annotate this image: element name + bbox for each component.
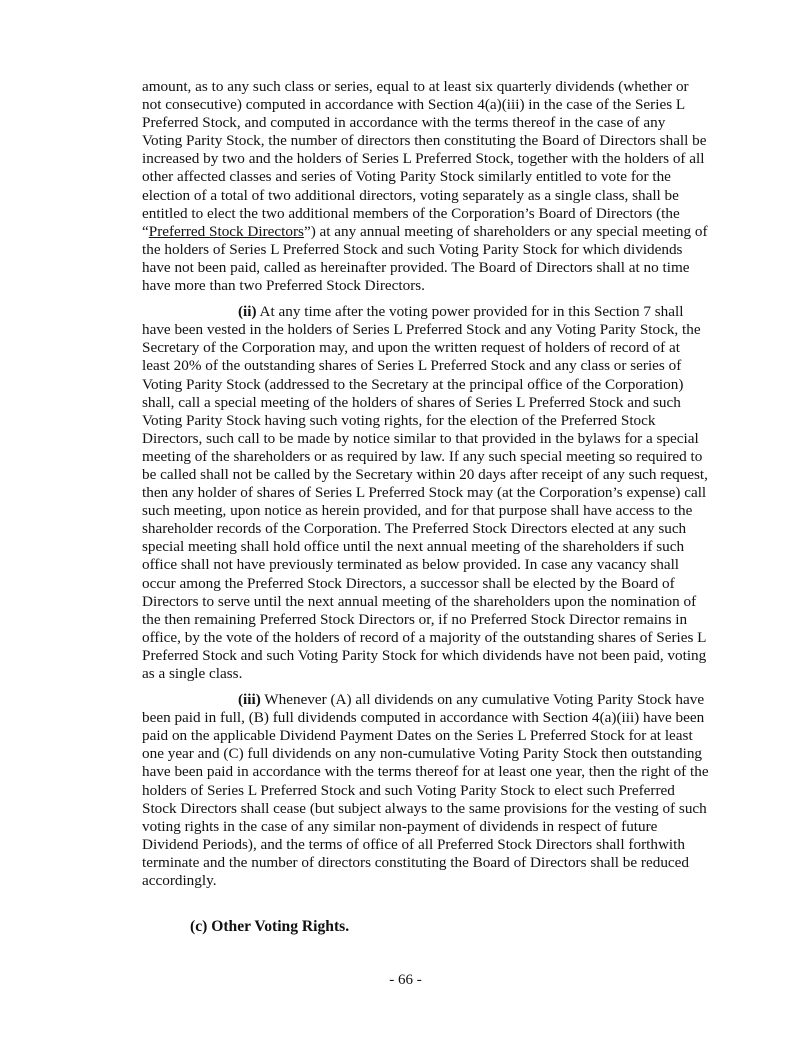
text-line: voting rights in the case of any similar… xyxy=(142,818,682,836)
text-fragment: Whenever (A) all dividends on any cumula… xyxy=(261,691,704,708)
clause-label: (iii) xyxy=(238,691,261,708)
text-line: special meeting shall hold office until … xyxy=(142,538,682,556)
text-fragment: ”) at any annual meeting of shareholders… xyxy=(304,223,708,240)
defined-term: Preferred Stock Directors xyxy=(149,223,304,240)
text-line: shall, call a special meeting of the hol… xyxy=(142,394,682,412)
text-line: meeting of the shareholders or as requir… xyxy=(142,448,682,466)
text-line: the then remaining Preferred Stock Direc… xyxy=(142,611,682,629)
text-line: Voting Parity Stock, the number of direc… xyxy=(142,132,682,150)
text-line: election of a total of two additional di… xyxy=(142,187,682,205)
text-line: as a single class. xyxy=(142,665,682,683)
text-line: one year and (C) full dividends on any n… xyxy=(142,745,682,763)
text-line: Voting Parity Stock having such voting r… xyxy=(142,412,682,430)
text-line: shareholder records of the Corporation. … xyxy=(142,520,682,538)
text-line: office shall not have previously termina… xyxy=(142,556,682,574)
text-line: occur among the Preferred Stock Director… xyxy=(142,575,682,593)
text-line: Directors to serve until the next annual… xyxy=(142,593,682,611)
text-line: holders of Series L Preferred Stock and … xyxy=(142,782,682,800)
text-line: have more than two Preferred Stock Direc… xyxy=(142,277,682,295)
text-line: Dividend Periods), and the terms of offi… xyxy=(142,836,682,854)
paragraph-spacer xyxy=(142,295,682,303)
text-line: other affected classes and series of Vot… xyxy=(142,168,682,186)
text-line: increased by two and the holders of Seri… xyxy=(142,150,682,168)
section-heading: (c) Other Voting Rights. xyxy=(190,918,349,936)
paragraph-ii: (ii) At any time after the voting power … xyxy=(142,303,682,683)
text-line-first: (ii) At any time after the voting power … xyxy=(142,303,682,321)
text-line: office, by the vote of the holders of re… xyxy=(142,629,682,647)
text-line: Preferred Stock and such Voting Parity S… xyxy=(142,647,682,665)
document-page: amount, as to any such class or series, … xyxy=(142,78,682,890)
text-line: least 20% of the outstanding shares of S… xyxy=(142,357,682,375)
text-line: been paid in full, (B) full dividends co… xyxy=(142,709,682,727)
text-line: Preferred Stock, and computed in accorda… xyxy=(142,114,682,132)
text-line-first: (iii) Whenever (A) all dividends on any … xyxy=(142,691,682,709)
text-line: have not been paid, called as hereinafte… xyxy=(142,259,682,277)
text-fragment: At any time after the voting power provi… xyxy=(257,303,684,320)
text-line: the holders of Series L Preferred Stock … xyxy=(142,241,682,259)
text-line: terminate and the number of directors co… xyxy=(142,854,682,872)
text-line: then any holder of shares of Series L Pr… xyxy=(142,484,682,502)
clause-label: (ii) xyxy=(238,303,257,320)
open-quote: “ xyxy=(142,223,149,240)
text-line-defined-term: “Preferred Stock Directors”) at any annu… xyxy=(142,223,682,241)
text-line: amount, as to any such class or series, … xyxy=(142,78,682,96)
text-line: not consecutive) computed in accordance … xyxy=(142,96,682,114)
text-line: be called shall not be called by the Sec… xyxy=(142,466,682,484)
text-line: have been paid in accordance with the te… xyxy=(142,763,682,781)
paragraph-iii: (iii) Whenever (A) all dividends on any … xyxy=(142,691,682,890)
text-line: Voting Parity Stock (addressed to the Se… xyxy=(142,376,682,394)
text-line: such meeting, upon notice as herein prov… xyxy=(142,502,682,520)
text-line: Directors, such call to be made by notic… xyxy=(142,430,682,448)
text-line: entitled to elect the two additional mem… xyxy=(142,205,682,223)
text-line: paid on the applicable Dividend Payment … xyxy=(142,727,682,745)
text-line: accordingly. xyxy=(142,872,682,890)
page-number: - 66 - xyxy=(0,972,811,989)
text-line: Secretary of the Corporation may, and up… xyxy=(142,339,682,357)
paragraph-spacer xyxy=(142,683,682,691)
text-line: Stock Directors shall cease (but subject… xyxy=(142,800,682,818)
text-line: have been vested in the holders of Serie… xyxy=(142,321,682,339)
paragraph-continued: amount, as to any such class or series, … xyxy=(142,78,682,295)
